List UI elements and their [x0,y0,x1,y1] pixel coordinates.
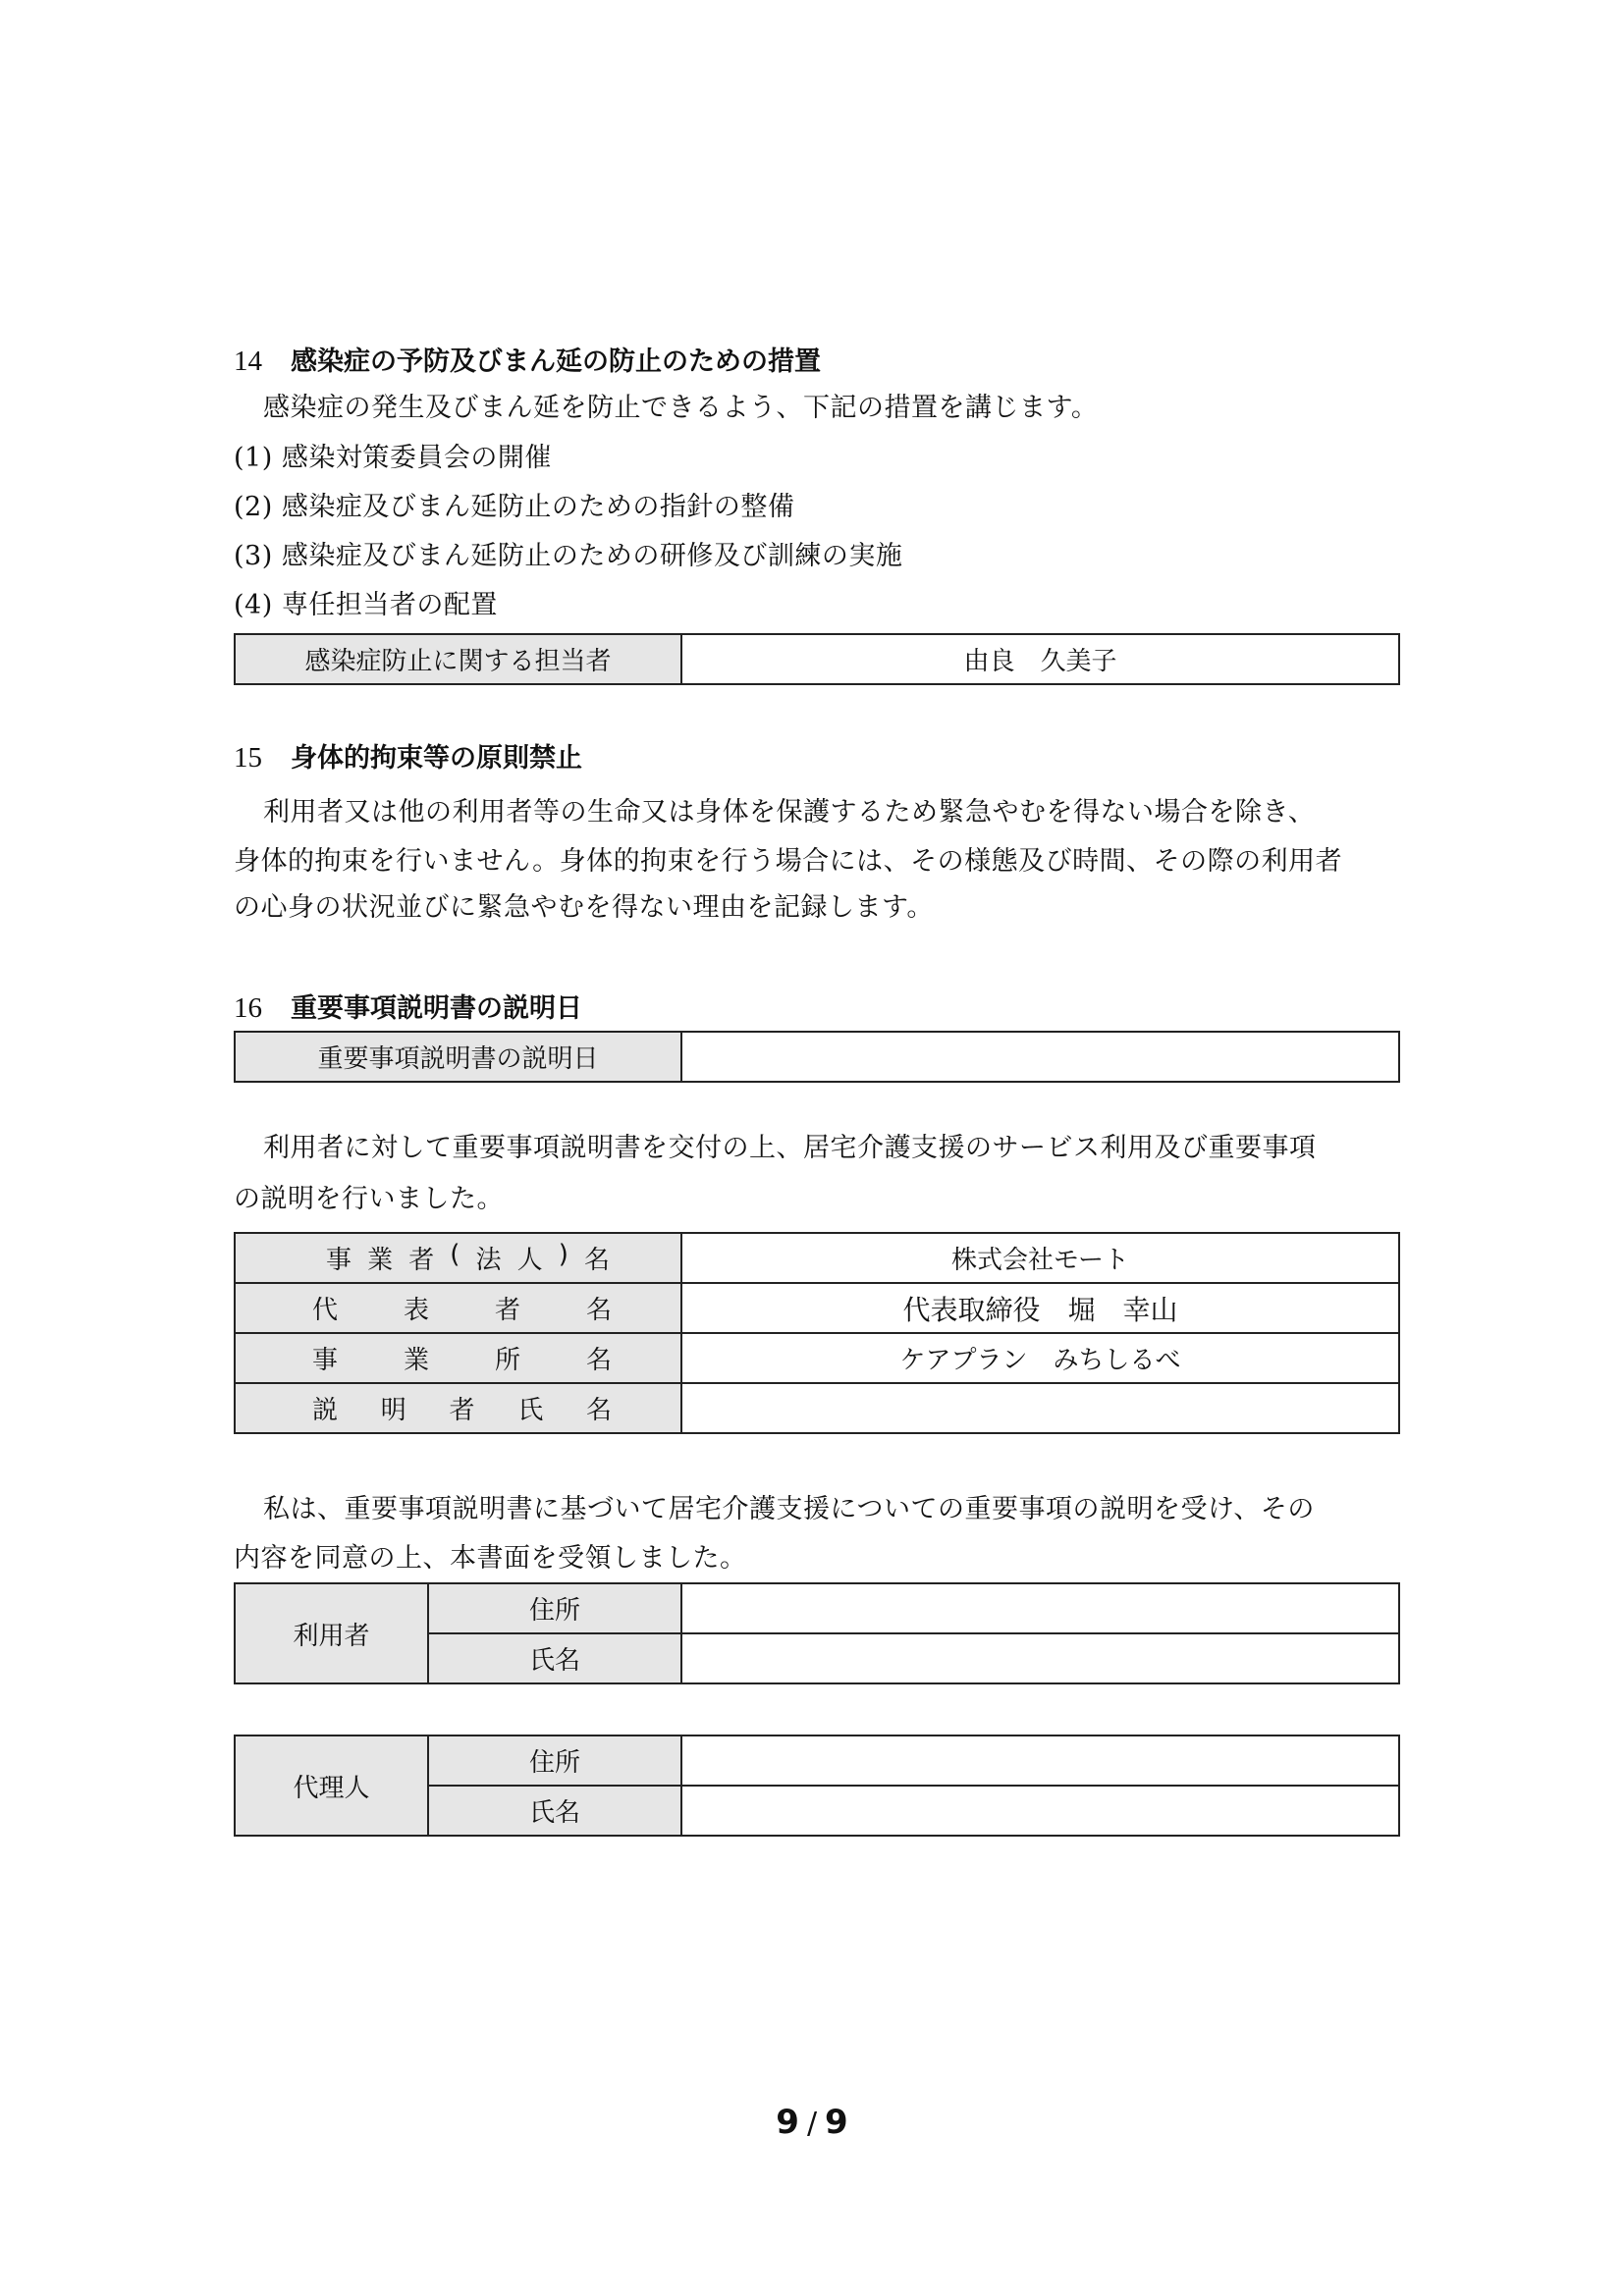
list-item: (4) 専任担当者の配置 [234,588,498,623]
table-row: 代理人 住所 [235,1735,1399,1786]
provider-corporation-label: 事 業 者 ( 法 人 ) 名 [235,1233,681,1283]
agent-signature-table: 代理人 住所 氏名 [234,1735,1400,1837]
list-text: 感染症及びまん延防止のための指針の整備 [282,492,795,522]
explainer-name-field[interactable] [681,1383,1399,1433]
list-marker: (2) [234,492,273,522]
user-address-label: 住所 [428,1583,681,1633]
agent-name-field[interactable] [681,1786,1399,1836]
agent-address-field[interactable] [681,1735,1399,1786]
section-number: 14 [234,344,291,379]
explanation-date-table: 重要事項説明書の説明日 [234,1031,1400,1083]
agent-group-label: 代理人 [235,1735,428,1836]
list-item: (3) 感染症及びまん延防止のための研修及び訓練の実施 [234,539,902,574]
section-16-heading: 16重要事項説明書の説明日 [234,990,582,1027]
total-pages: 9 [825,2103,848,2142]
section-number: 16 [234,990,291,1026]
section-15-heading: 15身体的拘束等の原則禁止 [234,740,582,776]
user-signature-table: 利用者 住所 氏名 [234,1582,1400,1684]
section-number: 15 [234,740,291,775]
page-number: 9/9 [0,2103,1624,2142]
provider-corporation-value[interactable]: 株式会社モート [681,1233,1399,1283]
table-row: 事 業 者 ( 法 人 ) 名 株式会社モート [235,1233,1399,1283]
agent-address-label: 住所 [428,1735,681,1786]
list-item: (2) 感染症及びまん延防止のための指針の整備 [234,490,794,525]
user-address-field[interactable] [681,1583,1399,1633]
paragraph-line: 内容を同意の上、本書面を受領しました。 [234,1541,747,1576]
list-text: 感染対策委員会の開催 [282,443,552,473]
representative-label: 代 表 者 名 [235,1283,681,1333]
list-marker: (4) [234,590,273,620]
table-row: 事 業 所 名 ケアプラン みちしるべ [235,1333,1399,1383]
infection-officer-label: 感染症防止に関する担当者 [235,634,681,684]
representative-value[interactable]: 代表取締役 堀 幸山 [681,1283,1399,1333]
office-name-label: 事 業 所 名 [235,1333,681,1383]
user-name-field[interactable] [681,1633,1399,1683]
section-14-intro: 感染症の発生及びまん延を防止できるよう、下記の措置を講じます。 [263,391,1098,426]
table-row: 感染症防止に関する担当者 由良 久美子 [235,634,1399,684]
current-page: 9 [776,2103,799,2142]
table-row: 利用者 住所 [235,1583,1399,1633]
office-name-value[interactable]: ケアプラン みちしるべ [681,1333,1399,1383]
list-item: (1) 感染対策委員会の開催 [234,441,552,476]
agent-name-label: 氏名 [428,1786,681,1836]
user-group-label: 利用者 [235,1583,428,1683]
infection-officer-value[interactable]: 由良 久美子 [681,634,1399,684]
paragraph-line: の心身の状況並びに緊急やむを得ない理由を記録します。 [234,890,934,926]
page-separator: / [807,2107,817,2141]
list-marker: (1) [234,443,273,473]
table-row: 説 明 者 氏 名 [235,1383,1399,1433]
paragraph-line: の説明を行いました。 [234,1182,504,1217]
section-14-heading: 14感染症の予防及びまん延の防止のための措置 [234,344,821,380]
user-name-label: 氏名 [428,1633,681,1683]
paragraph-line: 利用者又は他の利用者等の生命又は身体を保護するため緊急やむを得ない場合を除き、 [263,795,1315,830]
list-marker: (3) [234,541,273,571]
paragraph-line: 身体的拘束を行いません。身体的拘束を行う場合には、その様態及び時間、その際の利用… [234,844,1342,880]
explanation-date-label: 重要事項説明書の説明日 [235,1032,681,1082]
explanation-date-field[interactable] [681,1032,1399,1082]
list-text: 専任担当者の配置 [282,590,498,620]
section-title: 感染症の予防及びまん延の防止のための措置 [291,347,821,377]
table-row: 重要事項説明書の説明日 [235,1032,1399,1082]
table-row: 代 表 者 名 代表取締役 堀 幸山 [235,1283,1399,1333]
infection-officer-table: 感染症防止に関する担当者 由良 久美子 [234,633,1400,685]
list-text: 感染症及びまん延防止のための研修及び訓練の実施 [282,541,903,571]
paragraph-line: 私は、重要事項説明書に基づいて居宅介護支援についての重要事項の説明を受け、その [263,1492,1315,1527]
paragraph-line: 利用者に対して重要事項説明書を交付の上、居宅介護支援のサービス利用及び重要事項 [263,1131,1317,1166]
section-title: 身体的拘束等の原則禁止 [291,743,582,774]
section-title: 重要事項説明書の説明日 [291,993,582,1024]
explainer-name-label: 説 明 者 氏 名 [235,1383,681,1433]
provider-table: 事 業 者 ( 法 人 ) 名 株式会社モート 代 表 者 名 代表取締役 堀 … [234,1232,1400,1434]
